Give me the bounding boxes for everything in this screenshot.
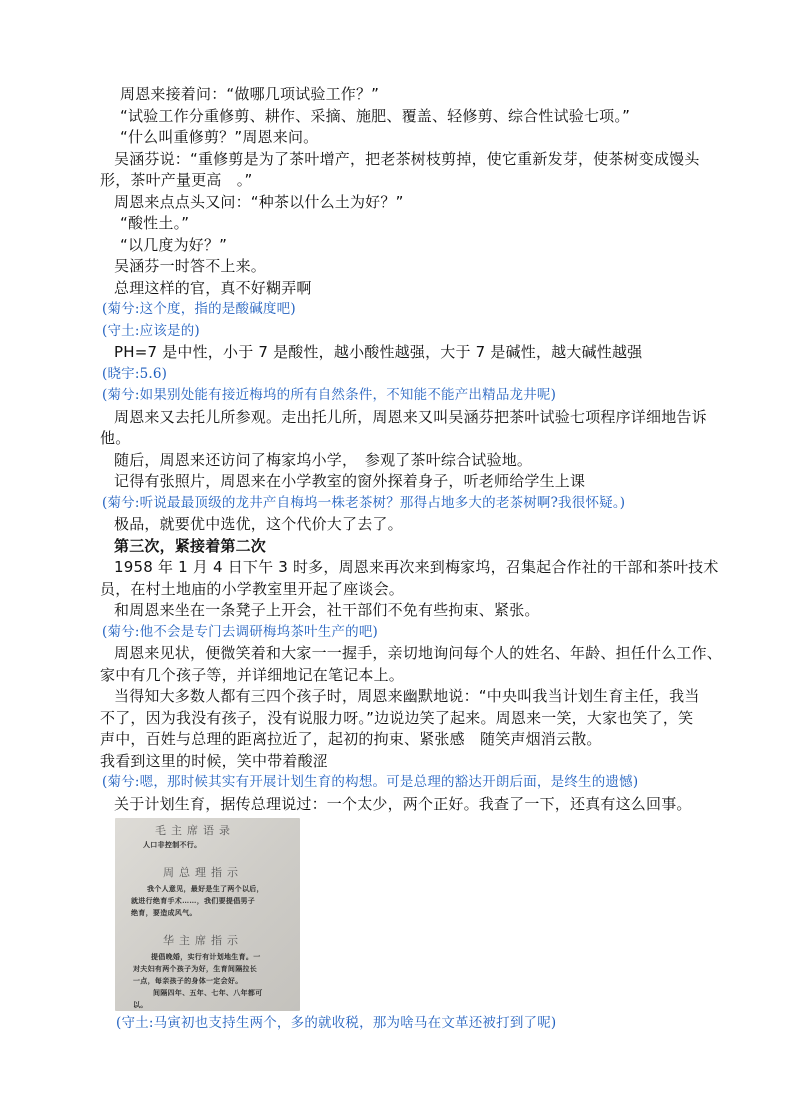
body-line: “酸性土。” xyxy=(100,213,700,235)
figure-text: 一点，每亲孩子的身体一定会好。 xyxy=(133,976,243,986)
body-line: 吴涵芬说：“重修剪是为了茶叶增产，把老茶树枝剪掉，使它重新发芽，使茶树变成馒头 xyxy=(100,149,700,171)
body-line: 声中，百姓与总理的距离拉近了，起初的拘束、紧张感 随笑声烟消云散。 xyxy=(100,729,700,751)
quotation-photo: 毛主席语录 人口非控制不行。 周总理指示 我个人意见，最好是生了两个以后， 就进… xyxy=(115,818,300,1011)
figure-text: 对夫妇有两个孩子为好，生育间隔拉长 xyxy=(133,964,257,974)
figure-text: 就进行绝育手术……，我们要提倡男子 xyxy=(131,896,255,906)
body-line: 周恩来见状，便微笑着和大家一一握手，亲切地询问每个人的姓名、年龄、担任什么工作、 xyxy=(100,643,700,665)
document-page: 周恩来接着问：“做哪几项试验工作？” “试验工作分重修剪、耕作、采摘、施肥、覆盖… xyxy=(100,84,700,1035)
body-line: 周恩来点点头又问：“种茶以什么土为好？” xyxy=(100,192,700,214)
figure-text: 我个人意见，最好是生了两个以后， xyxy=(147,884,264,894)
body-line: 和周恩来坐在一条凳子上开会，社干部们不免有些拘束、紧张。 xyxy=(100,600,700,622)
body-line: “什么叫重修剪？”周恩来问。 xyxy=(100,127,700,149)
figure-heading: 毛主席语录 xyxy=(155,822,235,838)
body-line: “以几度为好？” xyxy=(100,235,700,257)
body-line: 周恩来接着问：“做哪几项试验工作？” xyxy=(100,84,700,106)
reader-comment: (菊兮:嗯，那时候其实有开展计划生育的构想。可是总理的豁达开朗后面，是终生的遗憾… xyxy=(100,772,700,794)
body-line: 随后，周恩来还访问了梅家坞小学， 参观了茶叶综合试验地。 xyxy=(100,450,700,472)
reader-comment: (守土:应该是的) xyxy=(100,321,700,343)
body-line: 极品，就要优中选优，这个代价大了去了。 xyxy=(100,514,700,536)
body-line: 不了，因为我没有孩子，没有说服力呀。”边说边笑了起来。周恩来一笑，大家也笑了，笑 xyxy=(100,708,700,730)
figure-text: 提倡晚婚，实行有计划地生育。一 xyxy=(151,952,261,962)
body-line: 我看到这里的时候，笑中带着酸涩 xyxy=(100,751,700,773)
figure-text: 间隔四年、五年、七年、八年都可 xyxy=(153,988,263,998)
body-line: 吴涵芬一时答不上来。 xyxy=(100,256,700,278)
figure-text: 人口非控制不行。 xyxy=(143,840,201,850)
body-line: PH=7 是中性，小于 7 是酸性，越小酸性越强，大于 7 是碱性，越大碱性越强 xyxy=(100,342,700,364)
body-line: 周恩来又去托儿所参观。走出托儿所，周恩来又叫吴涵芬把茶叶试验七项程序详细地告诉 xyxy=(100,407,700,429)
body-line: 他。 xyxy=(100,428,700,450)
reader-comment: (菊兮:这个度，指的是酸碱度吧) xyxy=(100,299,700,321)
body-line: 关于计划生育，据传总理说过：一个太少，两个正好。我查了一下，还真有这么回事。 xyxy=(100,794,700,816)
reader-comment: (守土:马寅初也支持生两个，多的就收税，那为啥马在文革还被打到了呢) xyxy=(114,1013,700,1035)
reader-comment: (菊兮:如果别处能有接近梅坞的所有自然条件，不知能不能产出精品龙井呢) xyxy=(100,385,700,407)
body-line: 1958 年 1 月 4 日下午 3 时多，周恩来再次来到梅家坞，召集起合作社的… xyxy=(100,557,700,579)
body-line: 总理这样的官，真不好糊弄啊 xyxy=(100,278,700,300)
body-line: “试验工作分重修剪、耕作、采摘、施肥、覆盖、轻修剪、综合性试验七项。” xyxy=(100,106,700,128)
figure-heading: 华主席指示 xyxy=(163,932,243,948)
reader-comment: (菊兮:他不会是专门去调研梅坞茶叶生产的吧) xyxy=(100,622,700,644)
body-line: 形，茶叶产量更高 。” xyxy=(100,170,700,192)
figure-text: 绝育，要造成风气。 xyxy=(131,908,197,918)
body-line: 员，在村土地庙的小学教室里开起了座谈会。 xyxy=(100,579,700,601)
reader-comment: (菊兮:听说最最顶级的龙井产自梅坞一株老茶树？那得占地多大的老茶树啊?我很怀疑。… xyxy=(100,493,700,515)
figure-text: 以。 xyxy=(133,1000,148,1010)
body-line: 家中有几个孩子等，并详细地记在笔记本上。 xyxy=(100,665,700,687)
body-line: 记得有张照片，周恩来在小学教室的窗外探着身子，听老师给学生上课 xyxy=(100,471,700,493)
body-line: 当得知大多数人都有三四个孩子时，周恩来幽默地说：“中央叫我当计划生育主任，我当 xyxy=(100,686,700,708)
section-heading: 第三次，紧接着第二次 xyxy=(100,536,700,558)
reader-comment: (晓宇:5.6) xyxy=(100,364,700,386)
figure-heading: 周总理指示 xyxy=(163,864,243,880)
